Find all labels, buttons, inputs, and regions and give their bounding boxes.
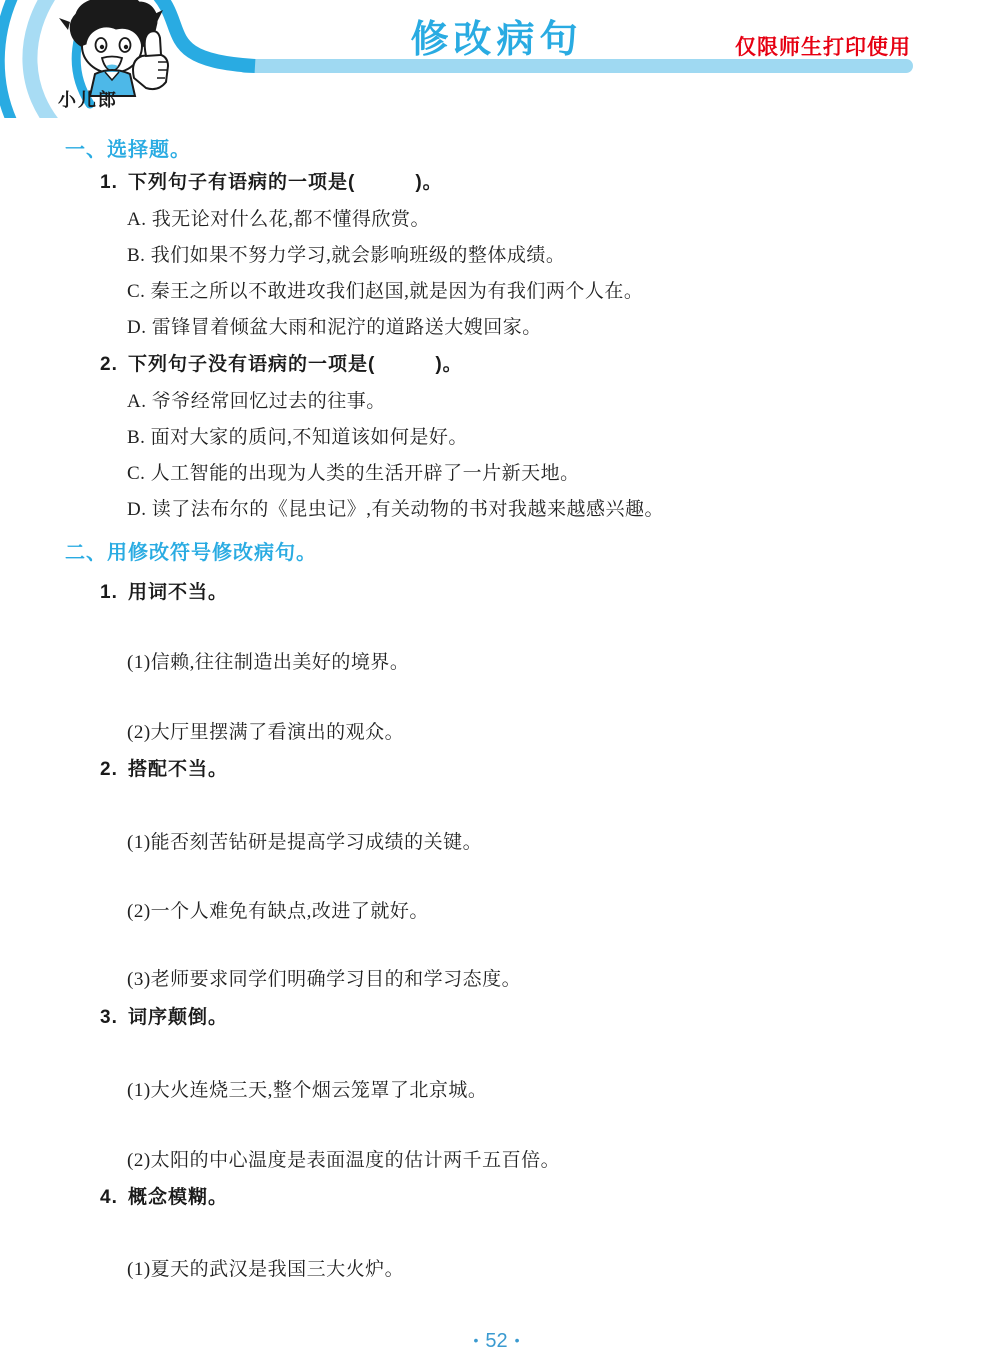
mascot-label: 小儿郎: [58, 86, 118, 112]
question-text: 下列句子有语病的一项是( )。: [128, 172, 443, 193]
footer-dot-right: •: [508, 1332, 527, 1348]
exercise-item: (2)太阳的中心温度是表面温度的估计两千五百倍。: [127, 1148, 993, 1174]
option-item: D. 读了法布尔的《昆虫记》,有关动物的书对我越来越感兴趣。: [127, 497, 993, 523]
question-number: 4.: [100, 1185, 128, 1211]
question-number: 1.: [100, 580, 128, 606]
question-text: 下列句子没有语病的一项是( )。: [128, 354, 463, 375]
option-item: A. 爷爷经常回忆过去的往事。: [127, 389, 993, 415]
footer-dot-left: •: [466, 1332, 485, 1348]
option-item: C. 人工智能的出现为人类的生活开辟了一片新天地。: [127, 461, 993, 487]
question-text: 用词不当。: [128, 582, 228, 603]
print-notice: 仅限师生打印使用: [735, 31, 911, 61]
exercise-item: (1)能否刻苦钻研是提高学习成绩的关键。: [127, 830, 993, 856]
question-2-1: 1.用词不当。: [100, 580, 993, 606]
exercise-item: (2)大厅里摆满了看演出的观众。: [127, 720, 993, 746]
option-item: C. 秦王之所以不敢进攻我们赵国,就是因为有我们两个人在。: [127, 279, 993, 305]
question-text: 概念模糊。: [128, 1187, 228, 1208]
question-number: 2.: [100, 757, 128, 783]
question-1-1: 1.下列句子有语病的一项是( )。: [100, 170, 993, 196]
option-item: B. 面对大家的质问,不知道该如何是好。: [127, 425, 993, 451]
page-number: 52: [485, 1330, 507, 1352]
option-item: A. 我无论对什么花,都不懂得欣赏。: [127, 207, 993, 233]
exercise-item: (1)大火连烧三天,整个烟云笼罩了北京城。: [127, 1078, 993, 1104]
worksheet-content: 一、选择题。 1.下列句子有语病的一项是( )。 A. 我无论对什么花,都不懂得…: [0, 118, 993, 1283]
question-1-2: 2.下列句子没有语病的一项是( )。: [100, 352, 993, 378]
question-2-3: 3.词序颠倒。: [100, 1005, 993, 1031]
exercise-item: (2)一个人难免有缺点,改进了就好。: [127, 899, 993, 925]
worksheet-page: 小儿郎 修改病句 仅限师生打印使用 一、选择题。 1.下列句子有语病的一项是( …: [0, 0, 993, 1370]
question-number: 3.: [100, 1005, 128, 1031]
question-text: 词序颠倒。: [128, 1007, 228, 1028]
page-footer: •52•: [0, 1330, 993, 1353]
question-2-4: 4.概念模糊。: [100, 1185, 993, 1211]
section-heading-2: 二、用修改符号修改病句。: [65, 540, 993, 566]
option-item: D. 雷锋冒着倾盆大雨和泥泞的道路送大嫂回家。: [127, 315, 993, 341]
page-header: 小儿郎 修改病句 仅限师生打印使用: [0, 0, 993, 118]
exercise-item: (1)夏天的武汉是我国三大火炉。: [127, 1257, 993, 1283]
question-text: 搭配不当。: [128, 759, 228, 780]
question-number: 1.: [100, 170, 128, 196]
option-item: B. 我们如果不努力学习,就会影响班级的整体成绩。: [127, 243, 993, 269]
section-heading-1: 一、选择题。: [65, 137, 993, 163]
question-number: 2.: [100, 352, 128, 378]
exercise-item: (3)老师要求同学们明确学习目的和学习态度。: [127, 967, 993, 993]
exercise-item: (1)信赖,往往制造出美好的境界。: [127, 650, 993, 676]
question-2-2: 2.搭配不当。: [100, 757, 993, 783]
